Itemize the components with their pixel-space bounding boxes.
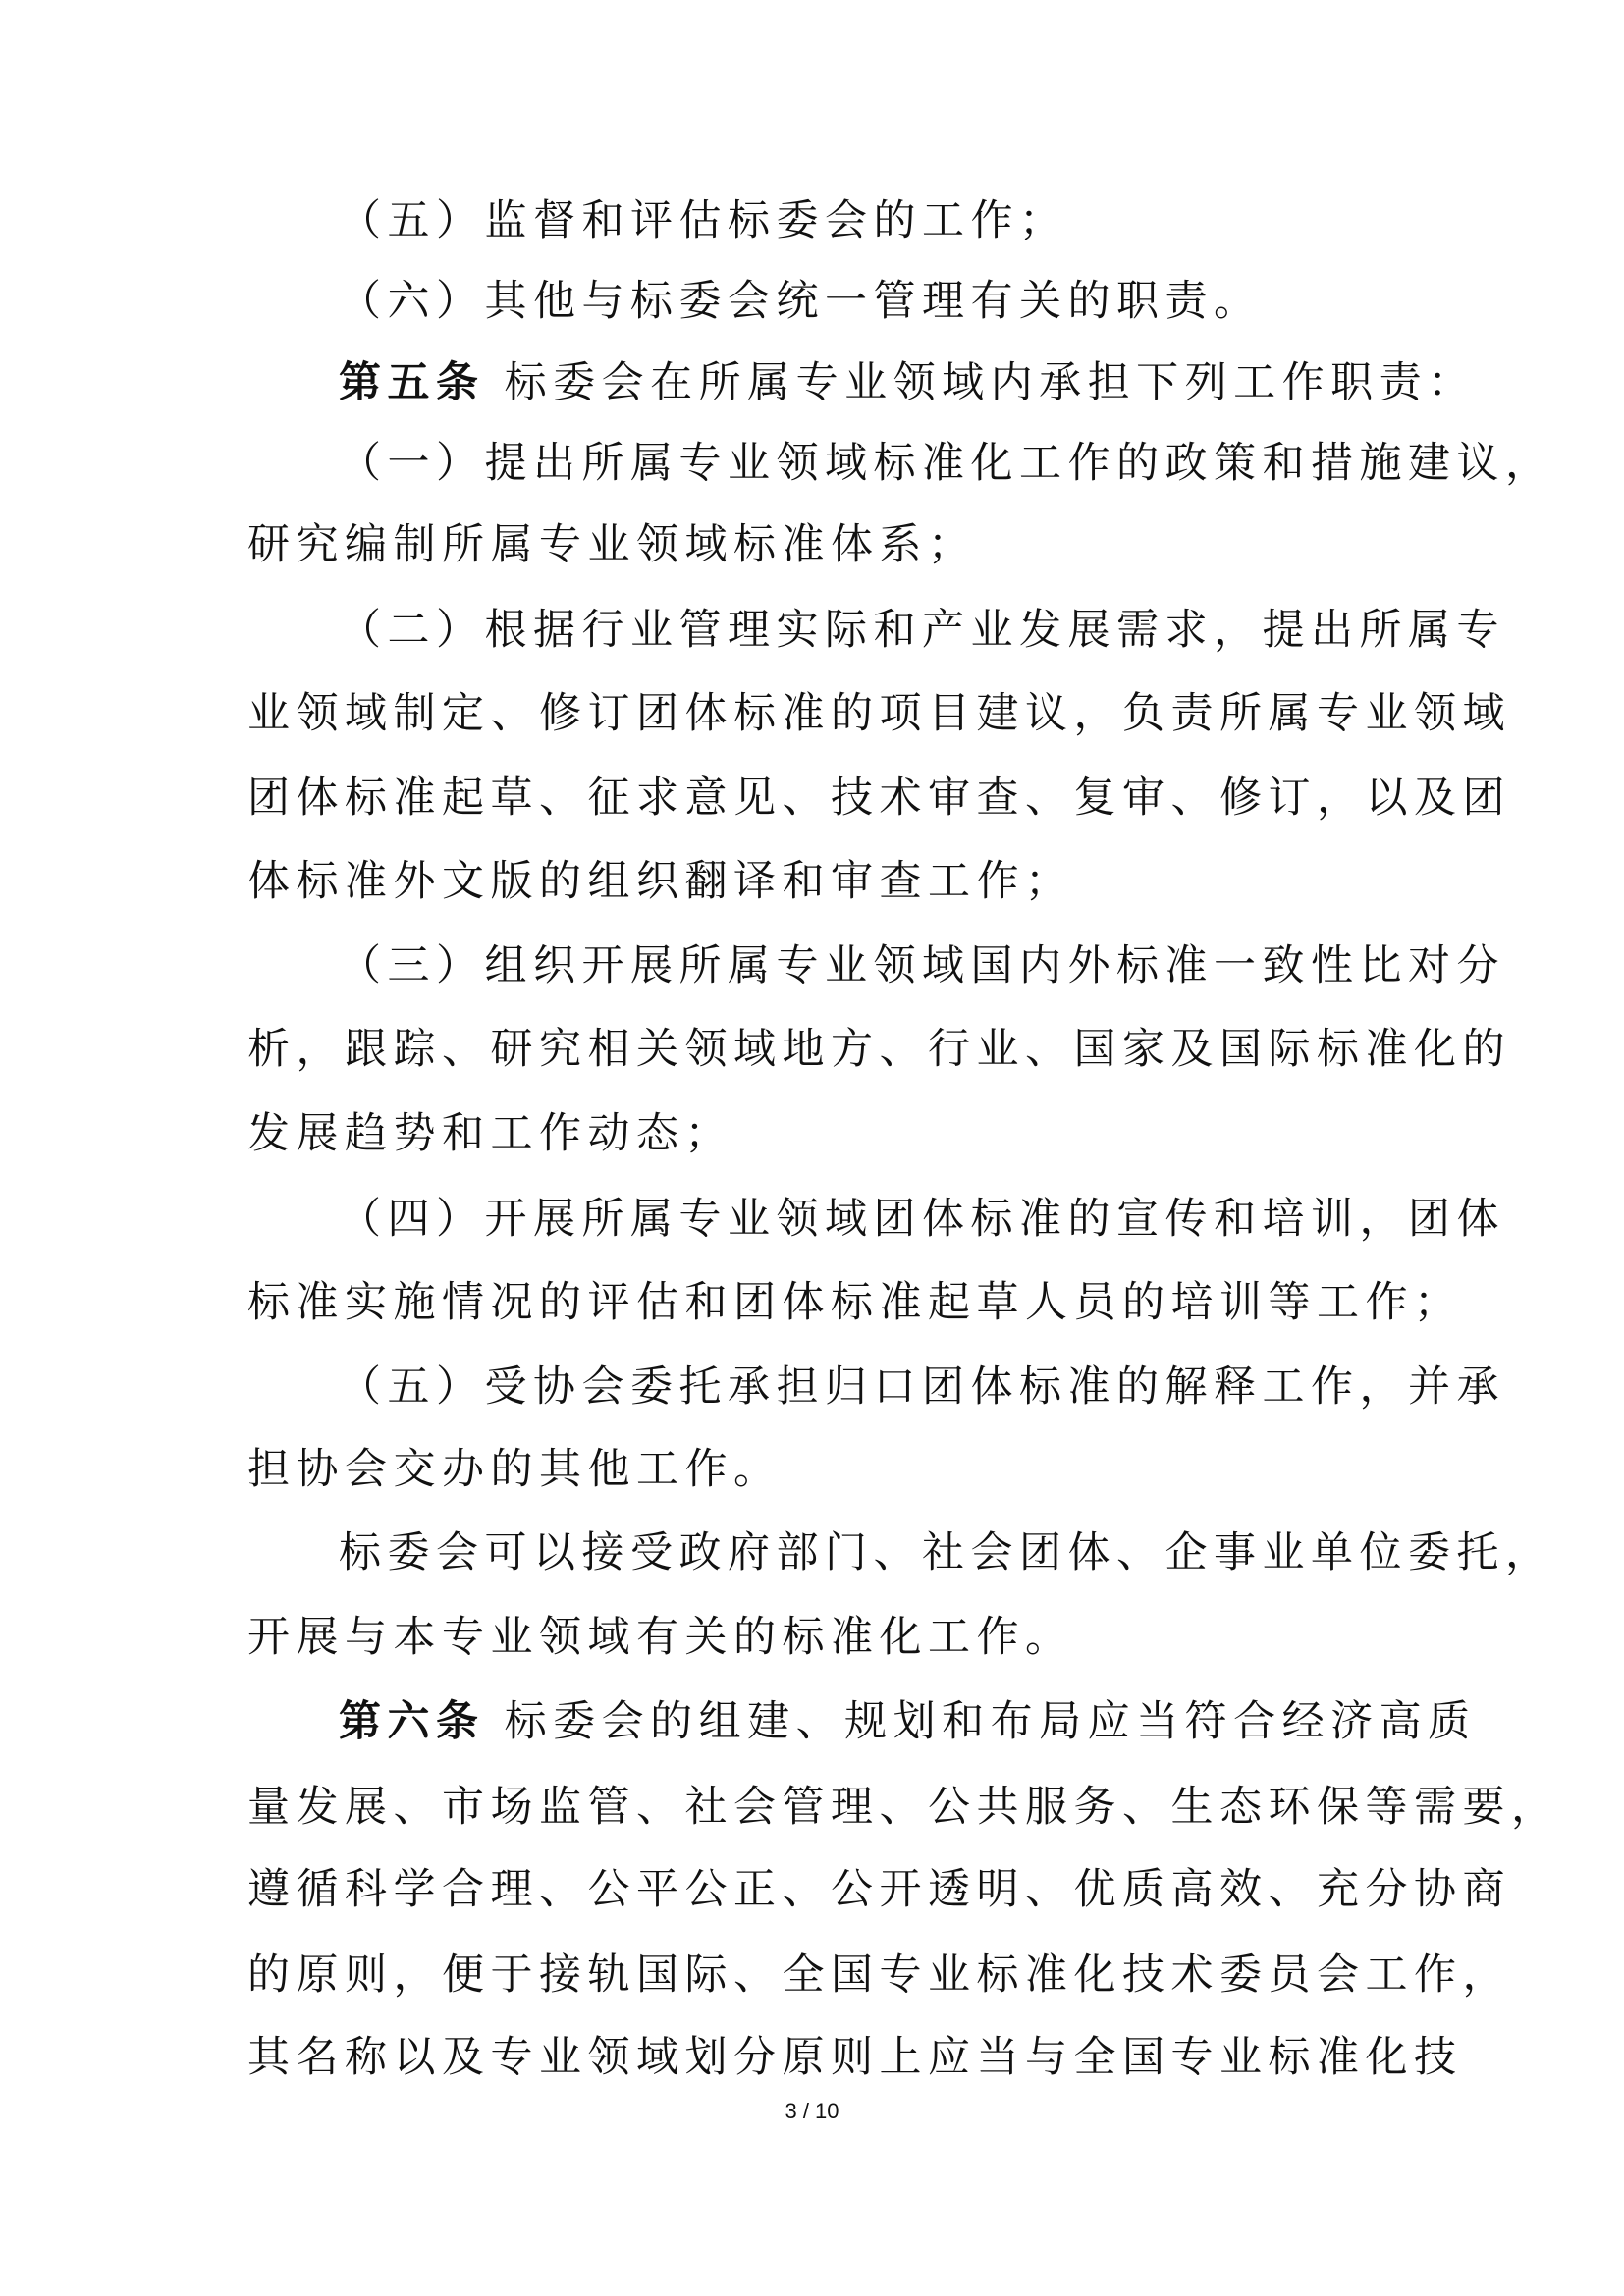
paragraph-line: 析，跟踪、研究相关领域地方、行业、国家及国际标准化的 <box>247 1020 1511 1079</box>
paragraph-line: 遵循科学合理、公平公正、公开透明、优质高效、充分协商 <box>247 1860 1511 1919</box>
line-text: 业领域制定、修订团体标准的项目建议，负责所属专业领域 <box>247 689 1511 738</box>
article-number: 第五条 <box>339 358 485 407</box>
paragraph-line: （一）提出所属专业领域标准化工作的政策和措施建议， <box>339 434 1554 493</box>
line-text: （五）受协会委托承担归口团体标准的解释工作，并承 <box>339 1362 1505 1412</box>
line-text: （四）开展所属专业领域团体标准的宣传和培训，团体 <box>339 1195 1505 1244</box>
line-text: 的原则，便于接轨国际、全国专业标准化技术委员会工作， <box>247 1950 1511 2000</box>
paragraph-line: （三）组织开展所属专业领域国内外标准一致性比对分 <box>339 936 1505 995</box>
line-text: 量发展、市场监管、社会管理、公共服务、生态环保等需要， <box>247 1783 1560 1832</box>
paragraph-line: 团体标准起草、征求意见、技术审查、复审、修订，以及团 <box>247 769 1511 828</box>
line-text: 团体标准起草、征求意见、技术审查、复审、修订，以及团 <box>247 774 1511 823</box>
paragraph-line: 研究编制所属专业领域标准体系； <box>247 515 977 574</box>
paragraph-line: 标准实施情况的评估和团体标准起草人员的培训等工作； <box>247 1273 1463 1332</box>
paragraph-line: （四）开展所属专业领域团体标准的宣传和培训，团体 <box>339 1190 1505 1249</box>
article-heading-line: 第六条 标委会的组建、规划和布局应当符合经济高质 <box>339 1692 1477 1751</box>
line-text: 标委会的组建、规划和布局应当符合经济高质 <box>485 1697 1477 1746</box>
paragraph-line: 其名称以及专业领域划分原则上应当与全国专业标准化技 <box>247 2028 1463 2087</box>
line-text: （三）组织开展所属专业领域国内外标准一致性比对分 <box>339 941 1505 990</box>
paragraph-line: 的原则，便于接轨国际、全国专业标准化技术委员会工作， <box>247 1946 1511 2004</box>
line-text: （一）提出所属专业领域标准化工作的政策和措施建议， <box>339 439 1554 488</box>
paragraph-line: 开展与本专业领域有关的标准化工作。 <box>247 1608 1074 1667</box>
line-text: 标准实施情况的评估和团体标准起草人员的培训等工作； <box>247 1278 1463 1327</box>
line-text: （六）其他与标委会统一管理有关的职责。 <box>339 277 1263 326</box>
line-text: 标委会可以接受政府部门、社会团体、企事业单位委托， <box>339 1528 1554 1577</box>
line-text: 担协会交办的其他工作。 <box>247 1445 783 1494</box>
line-text: 标委会在所属专业领域内承担下列工作职责： <box>485 358 1477 407</box>
line-text: 遵循科学合理、公平公正、公开透明、优质高效、充分协商 <box>247 1865 1511 1914</box>
paragraph-line: 标委会可以接受政府部门、社会团体、企事业单位委托， <box>339 1523 1554 1582</box>
line-text: （二）根据行业管理实际和产业发展需求，提出所属专 <box>339 606 1505 655</box>
paragraph-line: 发展趋势和工作动态； <box>247 1104 733 1163</box>
article-number: 第六条 <box>339 1697 485 1746</box>
line-text: 发展趋势和工作动态； <box>247 1109 733 1158</box>
paragraph-line: （二）根据行业管理实际和产业发展需求，提出所属专 <box>339 601 1505 660</box>
document-page: （五）监督和评估标委会的工作；（六）其他与标委会统一管理有关的职责。第五条 标委… <box>0 0 1624 2296</box>
line-text: 研究编制所属专业领域标准体系； <box>247 520 977 569</box>
line-text: 体标准外文版的组织翻译和审查工作； <box>247 857 1074 906</box>
line-text: 开展与本专业领域有关的标准化工作。 <box>247 1613 1074 1662</box>
paragraph-line: （六）其他与标委会统一管理有关的职责。 <box>339 272 1263 331</box>
paragraph-line: 担协会交办的其他工作。 <box>247 1440 783 1499</box>
paragraph-line: （五）监督和评估标委会的工作； <box>339 191 1068 250</box>
paragraph-line: 业领域制定、修订团体标准的项目建议，负责所属专业领域 <box>247 684 1511 743</box>
line-text: 其名称以及专业领域划分原则上应当与全国专业标准化技 <box>247 2033 1463 2082</box>
paragraph-line: 量发展、市场监管、社会管理、公共服务、生态环保等需要， <box>247 1778 1560 1837</box>
line-text: 析，跟踪、研究相关领域地方、行业、国家及国际标准化的 <box>247 1025 1511 1074</box>
paragraph-line: 体标准外文版的组织翻译和审查工作； <box>247 852 1074 911</box>
article-heading-line: 第五条 标委会在所属专业领域内承担下列工作职责： <box>339 353 1477 412</box>
page-number: 3 / 10 <box>0 2099 1624 2124</box>
paragraph-line: （五）受协会委托承担归口团体标准的解释工作，并承 <box>339 1358 1505 1416</box>
line-text: （五）监督和评估标委会的工作； <box>339 196 1068 245</box>
